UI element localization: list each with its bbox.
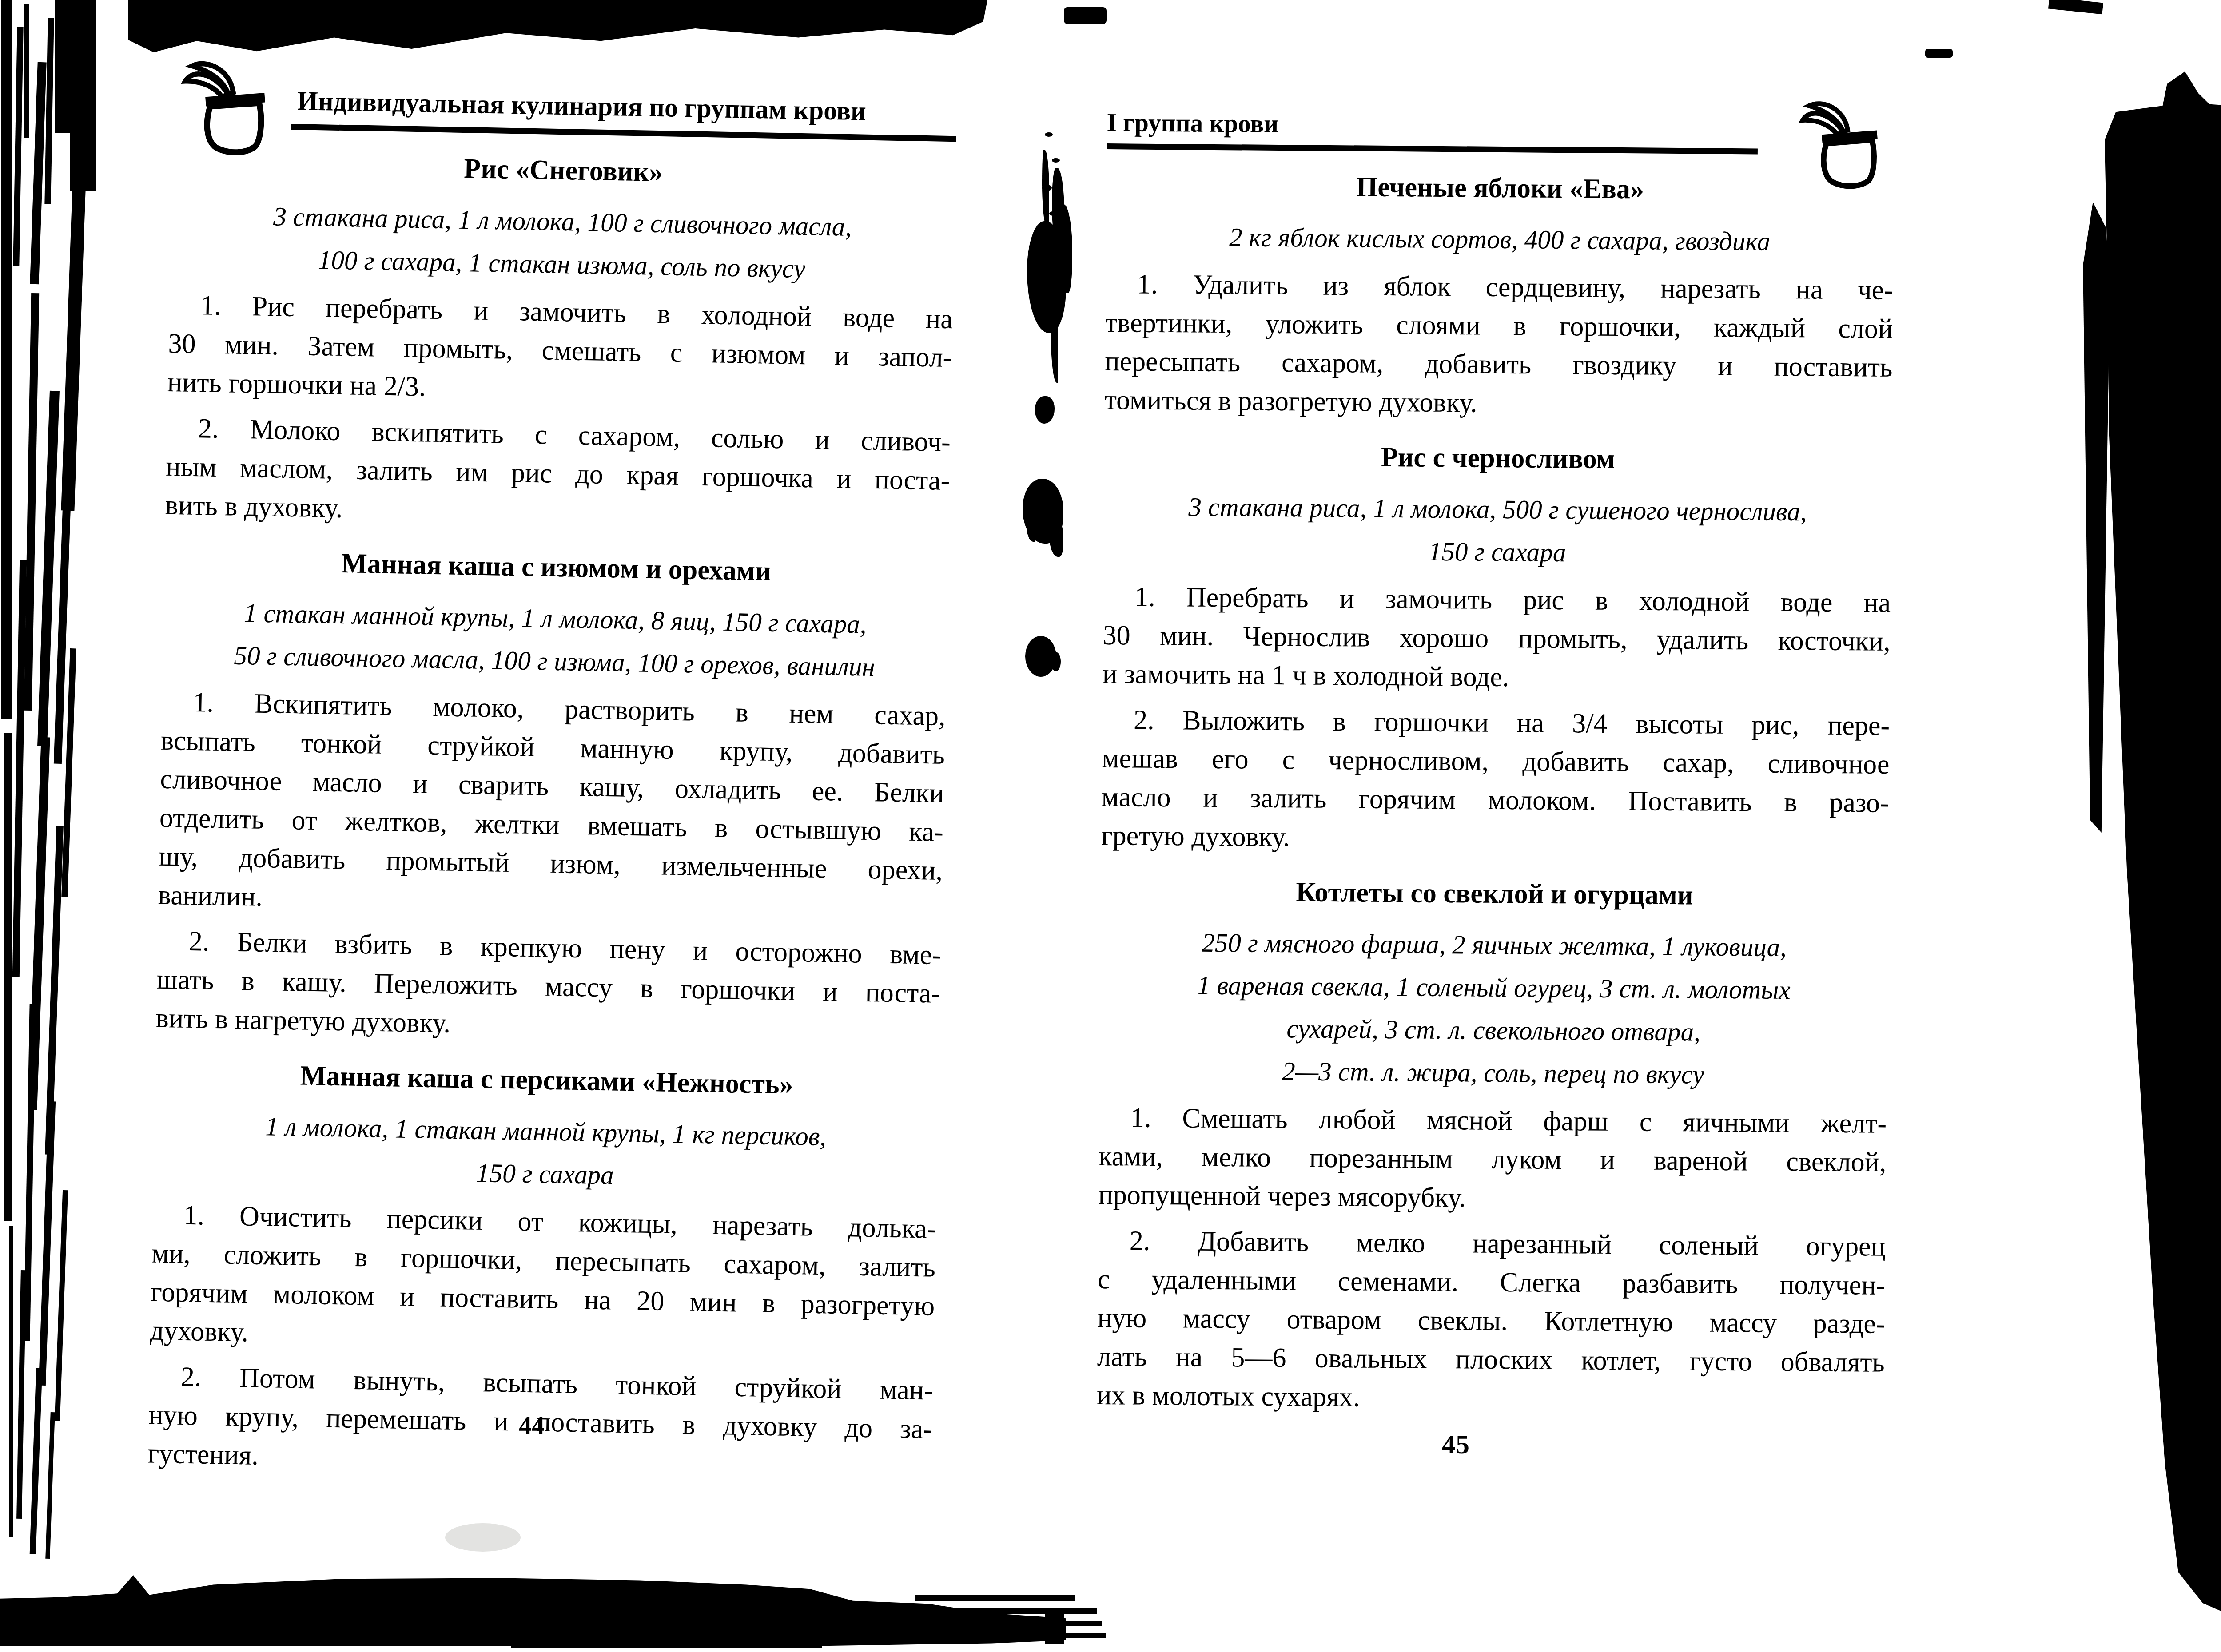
ingredients: 250 г мясного фарша, 2 яичных желтка, 1 …	[1099, 921, 1888, 1097]
recipe-step: 2. Молоко вскипятить с сахаром, солью и …	[165, 409, 951, 539]
ingredients-line: 2 кг яблок кислых сортов, 400 г сахара, …	[1106, 215, 1894, 264]
step-line: 1. Перебрать и замочить рис в холодной в…	[1103, 577, 1891, 622]
right-page: I группа крови Печеные яблоки «Ева»2 кг …	[1097, 106, 1895, 1421]
scan-streak	[968, 1621, 1102, 1626]
step-line: 1. Смешать любой мясной фарш с яичными ж…	[1099, 1098, 1887, 1143]
scan-streak	[70, 0, 96, 191]
step-line: томиться в разогретую духовку.	[1104, 381, 1892, 425]
recipe-title: Печеные яблоки «Ева»	[1106, 167, 1894, 209]
header-rule	[1107, 143, 1758, 155]
scan-streak	[61, 191, 85, 511]
scan-streak	[55, 1190, 68, 1421]
ingredients-line: 3 стакана риса, 1 л молока, 500 г сушено…	[1104, 485, 1892, 534]
scan-artifact-bottom-bar	[0, 1573, 1066, 1646]
recipe-section: Манная каша с изюмом и орехами1 стакан м…	[155, 542, 948, 1052]
running-head: I группа крови	[1107, 106, 1895, 143]
recipe-step: 1. Перебрать и замочить рис в холодной в…	[1103, 577, 1891, 699]
step-line: масло и залить горячим молоком. Поставит…	[1101, 778, 1889, 822]
ingredients: 3 стакана риса, 1 л молока, 100 г сливоч…	[169, 193, 955, 293]
scan-streak	[12, 560, 27, 977]
ingredients-line: 150 г сахара	[1103, 528, 1891, 576]
scan-streak	[24, 293, 39, 711]
scan-speckle	[1045, 132, 1053, 137]
ingredients: 2 кг яблок кислых сортов, 400 г сахара, …	[1106, 215, 1894, 264]
scan-speckle	[1023, 479, 1063, 544]
recipe-section: Котлеты со свеклой и огурцами250 г мясно…	[1097, 873, 1889, 1421]
step-line: с удаленными семенами. Слегка разбавить …	[1098, 1260, 1886, 1305]
page-number-right: 45	[1442, 1429, 1469, 1461]
step-line: 1. Удалить из яблок сердцевину, нарезать…	[1106, 265, 1894, 310]
recipe-step: 1. Вскипятить молоко, растворить в нем с…	[158, 683, 946, 929]
step-line: пересыпать сахаром, добавить гвоздику и …	[1105, 342, 1893, 387]
scan-artifact-dash	[1925, 49, 1953, 58]
recipe-section: Печеные яблоки «Ева»2 кг яблок кислых со…	[1104, 167, 1894, 425]
ingredients: 1 стакан манной крупы, 1 л молока, 8 яиц…	[162, 590, 947, 690]
scan-streak	[39, 1101, 56, 1386]
recipe-section: Рис с черносливом3 стакана риса, 1 л мол…	[1101, 437, 1892, 861]
scan-streak	[4, 733, 12, 1221]
scan-streak	[30, 62, 46, 284]
ingredients-line: сухарей, 3 ст. л. свекольного отвара,	[1099, 1006, 1887, 1055]
ingredients-line: 1 вареная свекла, 1 соленый огурец, 3 ст…	[1100, 963, 1888, 1012]
recipe-step: 2. Добавить мелко нарезанный соленый огу…	[1097, 1221, 1886, 1421]
scan-streak	[24, 4, 29, 138]
step-line: мешав его с черносливом, добавить сахар,…	[1102, 739, 1890, 784]
recipe-step: 2. Выложить в горшочки на 3/4 высоты рис…	[1101, 700, 1890, 861]
recipe-step: 1. Очистить персики от кожицы, нарезать …	[150, 1195, 936, 1364]
scan-streak	[9, 1226, 13, 1537]
recipe-title: Котлеты со свеклой и огурцами	[1101, 873, 1889, 914]
scan-speckle	[1027, 221, 1066, 333]
scan-streak	[991, 1633, 1106, 1638]
ingredients-line: 2—3 ст. л. жира, соль, перец по вкусу	[1099, 1048, 1887, 1097]
recipe-title: Манная каша с персиками «Нежность»	[155, 1055, 939, 1105]
scan-artifact-dash	[2048, 0, 2103, 14]
scan-streak	[30, 1368, 43, 1554]
scan-artifact-top-bar	[128, 0, 987, 57]
scan-artifact-block	[1045, 1611, 1064, 1644]
left-page: Индивидуальная кулинария по группам кров…	[147, 67, 957, 1487]
scan-artifact-right-spike	[2082, 202, 2110, 833]
step-line: их в молотых сухарях.	[1097, 1376, 1885, 1421]
recipe-step: 2. Белки взбить в крепкую пену и осторож…	[155, 921, 942, 1052]
scan-streak	[16, 1270, 26, 1519]
recipe-title: Манная каша с изюмом и орехами	[164, 542, 948, 592]
scan-streak	[13, 27, 23, 266]
scan-artifact-right-blob	[2105, 62, 2221, 1619]
scan-streak	[1, 0, 12, 719]
step-line: 2. Выложить в горшочки на 3/4 высоты рис…	[1102, 700, 1890, 745]
scan-streak	[951, 1608, 1097, 1614]
scan-speckle	[1025, 636, 1056, 677]
right-page-recipes: Печеные яблоки «Ева»2 кг яблок кислых со…	[1097, 167, 1894, 1421]
running-head: Индивидуальная кулинария по группам кров…	[297, 69, 957, 129]
page-number-left: 44	[519, 1410, 545, 1440]
left-page-recipes: Рис «Снеговик»3 стакана риса, 1 л молока…	[147, 145, 956, 1487]
scan-artifact-dash	[1064, 7, 1107, 24]
clay-pot-icon	[179, 60, 291, 157]
step-line: лать на 5—6 овальных плоских котлет, гус…	[1097, 1337, 1885, 1382]
step-line: ками, мелко порезанным луком и вареной с…	[1099, 1137, 1887, 1182]
step-line: пропущенной через мясорубку.	[1098, 1175, 1886, 1220]
recipe-step: 1. Рис перебрать и замочить в холодной в…	[167, 286, 953, 416]
recipe-section: Рис «Снеговик»3 стакана риса, 1 л молока…	[165, 145, 955, 539]
scan-speckle	[1035, 396, 1055, 424]
step-line: твертинки, уложить слоями в горшочки, ка…	[1105, 303, 1893, 348]
right-page-header: I группа крови	[1107, 106, 1895, 155]
scan-artifact-smudge	[445, 1523, 521, 1552]
recipe-step: 1. Смешать любой мясной фарш с яичными ж…	[1098, 1098, 1887, 1220]
scan-streak	[45, 1412, 55, 1559]
left-page-header: Индивидуальная кулинария по группам кров…	[172, 67, 957, 142]
step-line: 30 мин. Чернослив хорошо промыть, удалит…	[1103, 616, 1891, 661]
scan-streak	[55, 0, 70, 133]
step-line: ную массу отваром свеклы. Котлетную масс…	[1097, 1299, 1885, 1343]
ingredients-line: 250 г мясного фарша, 2 яичных желтка, 1 …	[1100, 921, 1888, 969]
scan-streak	[338, 1640, 471, 1644]
scan-streak	[44, 18, 54, 204]
step-line: гретую духовку.	[1101, 816, 1889, 861]
scan-streak	[511, 1643, 822, 1648]
ingredients: 1 л молока, 1 стакан манной крупы, 1 кг …	[153, 1103, 938, 1203]
clay-pot-icon	[1798, 96, 1901, 195]
recipe-title: Рис с черносливом	[1104, 437, 1892, 479]
ingredients: 3 стакана риса, 1 л молока, 500 г сушено…	[1103, 485, 1891, 576]
step-line: 2. Добавить мелко нарезанный соленый огу…	[1098, 1221, 1886, 1266]
recipe-step: 1. Удалить из яблок сердцевину, нарезать…	[1104, 265, 1893, 425]
step-line: и замочить на 1 ч в холодной воде.	[1103, 655, 1891, 699]
scan-streak	[915, 1595, 1075, 1601]
